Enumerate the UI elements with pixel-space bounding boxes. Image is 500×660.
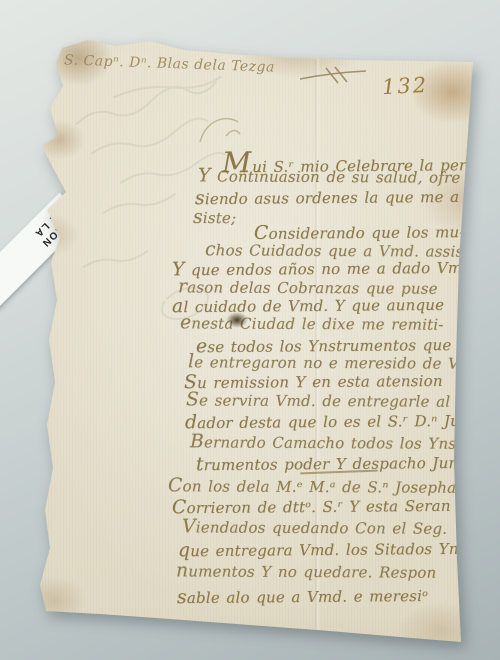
manuscript-line: que entregara Vmd. los Sitados Yns [178,538,467,562]
letter-body: Mui S.ʳ mio Celebrare la perfesionY Cont… [0,0,500,660]
manuscript-line: sable alo que a Vmd. e meresiᵒ [177,585,428,608]
manuscript-line: Viendados quedando Con el Seg. [182,516,447,538]
manuscript-paper-wrap: S. Capⁿ. Dⁿ. Blas dela Tezga 132 Mui S.ʳ… [0,0,500,660]
manuscript-line: dador desta que lo es el S.ʳ D.ⁿ Ju. [185,410,465,433]
manuscript-line: siste; [193,207,236,228]
scanned-letter-photo: PCION DE LA S. Capⁿ. Dⁿ. Blas dela Tezga [0,0,500,660]
ink-blot [226,312,248,328]
manuscript-line: Bernardo Camacho todos los Yns [190,431,456,453]
manuscript-line: Y Continuasion de su salud, ofre [198,165,461,187]
manuscript-line: numentos Y no quedare. Respon [176,560,436,582]
manuscript-line: siendo asus ordenes la que me a [195,186,459,209]
manuscript-line: Corrieron de dttᵒ. S.ʳ Y esta Seran [172,495,451,518]
manuscript-line: Se servira Vmd. de entregarle al [186,389,450,411]
manuscript-line: enesta Ciudad le dixe me remiti- [180,312,444,334]
manuscript-page: S. Capⁿ. Dⁿ. Blas dela Tezga 132 Mui S.ʳ… [0,0,500,660]
